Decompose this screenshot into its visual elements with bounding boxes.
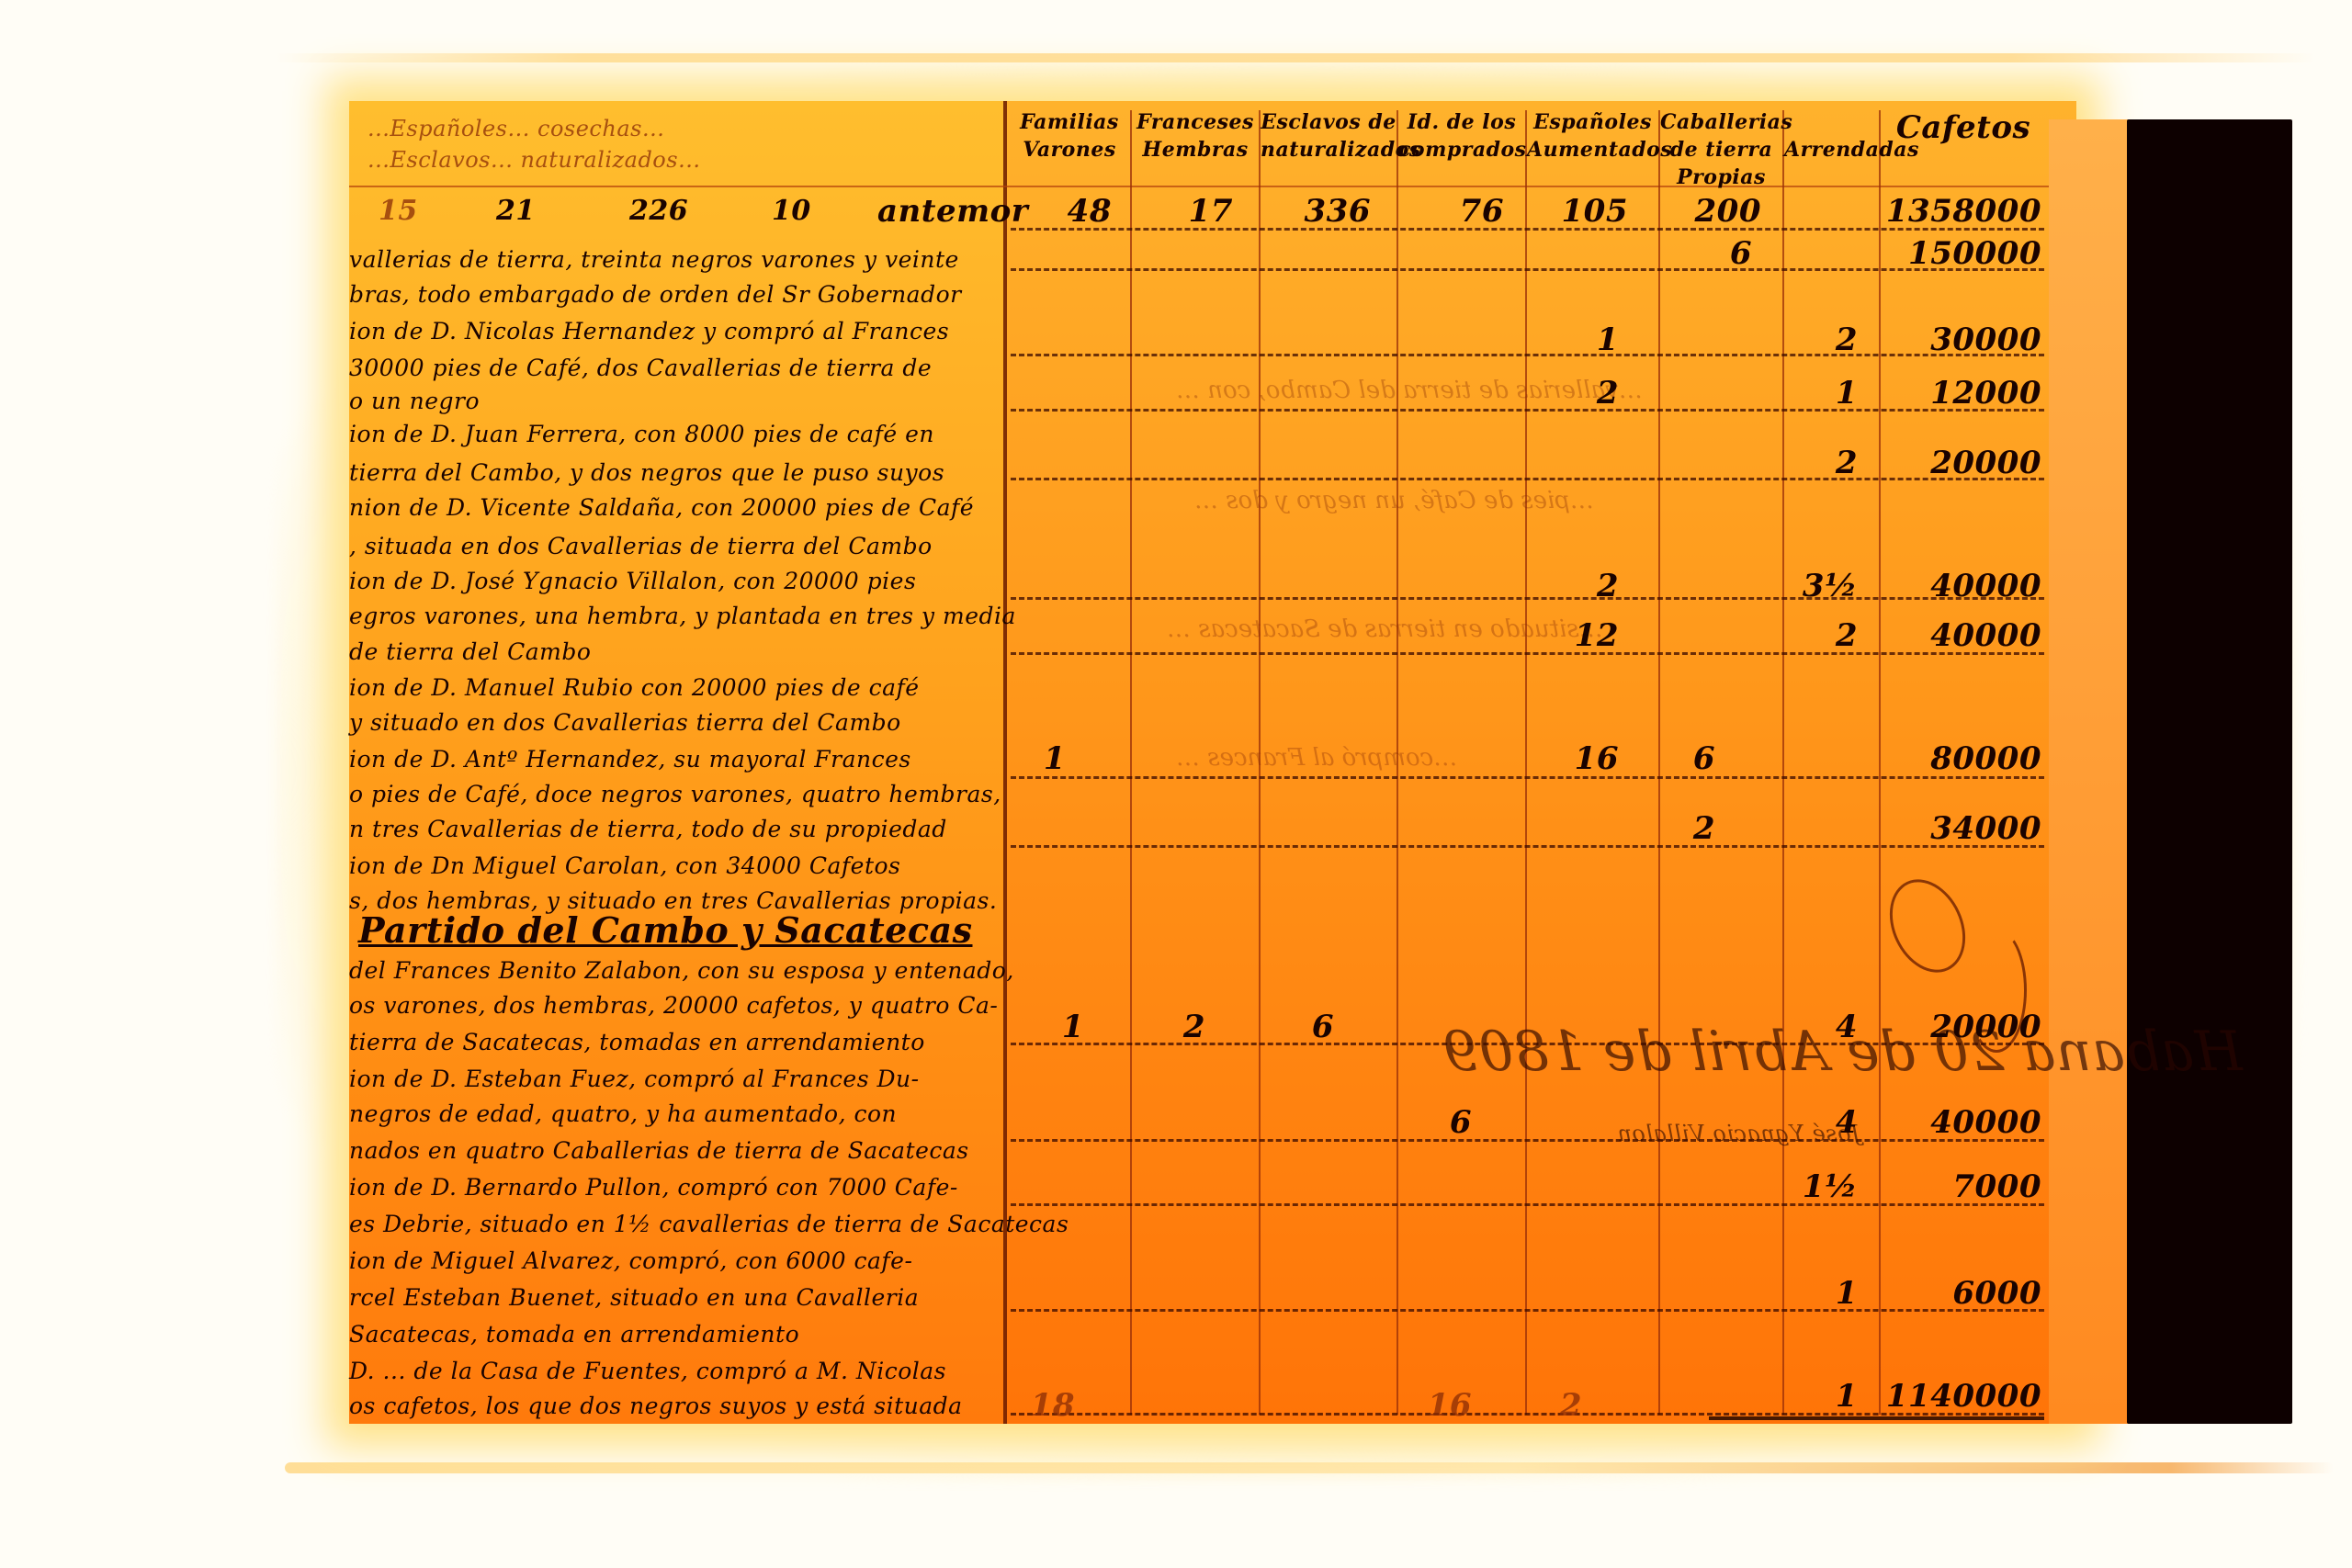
footer-faint-number: 2 (1527, 1387, 1582, 1424)
entry-line: nados en quatro Caballerias de tierra de… (349, 1137, 969, 1164)
cell-cafetos: 150000 (1881, 235, 2041, 272)
cell: 2 (1784, 617, 1858, 654)
cell: 16 (1527, 740, 1619, 777)
entry-line: ion de Miguel Alvarez, compró, con 6000 … (349, 1247, 912, 1274)
footer-faint-number: 16 (1398, 1387, 1472, 1424)
column-header: FamiliasVarones (1009, 108, 1130, 164)
footer-faint-number: 18 (1011, 1387, 1075, 1424)
entry-line: ion de D. Bernardo Pullon, compró con 70… (349, 1174, 958, 1201)
entry-line: o pies de Café, doce negros varones, qua… (349, 781, 1001, 807)
entry-line: os varones, dos hembras, 20000 cafetos, … (349, 992, 998, 1019)
bleed-through-text: …pies de Café, un negro y dos … (1194, 487, 1594, 514)
entry-line: bras, todo embargado de orden del Sr Gob… (349, 281, 962, 308)
cell: 3½ (1784, 568, 1858, 604)
cell: 6 (1398, 1104, 1472, 1141)
section-heading: Partido del Cambo y Sacatecas (358, 909, 972, 951)
left-header-faint-1: ...Españoles... cosechas... (367, 116, 664, 141)
entry-line: os cafetos, los que dos negros suyos y e… (349, 1393, 963, 1419)
header-rule (349, 186, 2049, 187)
entry-line: ion de D. Antº Hernandez, su mayoral Fra… (349, 746, 911, 773)
cell: 1 (1784, 375, 1858, 412)
cell-cafetos: 80000 (1881, 740, 2041, 777)
entry-line: ion de D. Esteban Fuez, compró al France… (349, 1066, 920, 1092)
column-header-cafetos: Cafetos (1881, 114, 2046, 141)
entry-line: n tres Cavallerias de tierra, todo de su… (349, 816, 947, 842)
cell-cafetos: 7000 (1881, 1168, 2041, 1205)
cell: 12 (1527, 617, 1619, 654)
column-divider (1130, 110, 1132, 1415)
cell-cafetos: 30000 (1881, 321, 2041, 358)
cell-cafetos: 40000 (1881, 568, 2041, 604)
cell: 2 (1660, 810, 1715, 847)
cell: 6 (1660, 740, 1715, 777)
entry-line: ion de D. José Ygnacio Villalon, con 200… (349, 568, 916, 594)
entry-line: nion de D. Vicente Saldaña, con 20000 pi… (349, 494, 974, 521)
top-number: 21 (496, 195, 536, 227)
cell: 2 (1527, 375, 1619, 412)
entry-line: del Frances Benito Zalabon, con su espos… (349, 957, 1014, 984)
column-header: Esclavos denaturalizados (1261, 108, 1396, 164)
cell: 1 (1011, 740, 1066, 777)
cell-cafetos-total: 1140000 (1881, 1378, 2041, 1415)
column-header: Caballerias de tierraPropias (1660, 108, 1782, 191)
entry-line: o un negro (349, 388, 480, 414)
cell: 17 (1132, 193, 1233, 230)
cell: 6 (1261, 1009, 1334, 1045)
entry-line: 30000 pies de Café, dos Cavallerias de t… (349, 355, 932, 381)
cell-cafetos: 12000 (1881, 375, 2041, 412)
cell: 2 (1132, 1009, 1205, 1045)
entry-line: egros varones, una hembra, y plantada en… (349, 603, 1016, 629)
entry-line: rcel Esteban Buenet, situado en una Cava… (349, 1284, 919, 1311)
cell: 76 (1398, 193, 1504, 230)
entry-line: Sacatecas, tomada en arrendamiento (349, 1321, 799, 1348)
bleed-through-text: …compró al Frances … (1176, 744, 1457, 772)
top-number: 226 (629, 195, 688, 227)
entry-line: , situada en dos Cavallerias de tierra d… (349, 533, 933, 559)
cell: 1 (1784, 1275, 1858, 1312)
cell: 105 (1527, 193, 1628, 230)
cell: 4 (1784, 1009, 1858, 1045)
top-number: 15 (379, 195, 418, 227)
column-header: Id. de loscomprados (1398, 108, 1525, 164)
antemor-label: antemor (877, 193, 1028, 230)
column-header: EspañolesAumentados (1527, 108, 1658, 164)
total-underline (1709, 1416, 2044, 1420)
entry-line: de tierra del Cambo (349, 638, 591, 665)
cell: 2 (1784, 445, 1858, 481)
cell-cafetos: 40000 (1881, 1104, 2041, 1141)
cell: 1 (1527, 321, 1619, 358)
cell-cafetos: 1358000 (1881, 193, 2041, 230)
right-page-edge (2049, 119, 2130, 1424)
cell: 6 (1660, 235, 1752, 272)
cell-cafetos: 40000 (1881, 617, 2041, 654)
entry-line: tierra de Sacatecas, tomadas en arrendam… (349, 1029, 925, 1055)
entry-line: tierra del Cambo, y dos negros que le pu… (349, 459, 944, 486)
ledger-sheet: ...Españoles... cosechas... ...Esclavos.… (349, 101, 2076, 1424)
entry-line: ion de D. Juan Ferrera, con 8000 pies de… (349, 421, 934, 447)
entry-line: ion de Dn Miguel Carolan, con 34000 Cafe… (349, 852, 900, 879)
cell: 2 (1784, 321, 1858, 358)
cell: 200 (1660, 193, 1761, 230)
cell: 4 (1784, 1104, 1858, 1141)
entry-line: ion de D. Nicolas Hernandez y compró al … (349, 318, 949, 344)
cell: 1 (1011, 1009, 1084, 1045)
column-header: FrancesesHembras (1132, 108, 1259, 164)
cell-cafetos: 20000 (1881, 445, 2041, 481)
entry-line: D. ... de la Casa de Fuentes, compró a M… (349, 1358, 946, 1384)
cell: 48 (1011, 193, 1112, 230)
black-mask-strip (2127, 119, 2292, 1424)
cell: 1 (1784, 1378, 1858, 1415)
cell-cafetos: 20000 (1881, 1009, 2041, 1045)
column-header: Arrendadas (1784, 108, 1879, 164)
cell: 1½ (1784, 1168, 1858, 1205)
entry-line: ion de D. Manuel Rubio con 20000 pies de… (349, 674, 920, 701)
top-number: 10 (772, 195, 811, 227)
cell: 336 (1261, 193, 1371, 230)
cell: 2 (1527, 568, 1619, 604)
cell-cafetos: 34000 (1881, 810, 2041, 847)
entry-line: negros de edad, quatro, y ha aumentado, … (349, 1100, 897, 1127)
column-divider (1782, 110, 1784, 1415)
entry-line: vallerias de tierra, treinta negros varo… (349, 246, 959, 273)
entry-line: es Debrie, situado en 1½ cavallerias de … (349, 1211, 1069, 1237)
top-edge-smear (276, 53, 2315, 62)
left-header-faint-2: ...Esclavos... naturalizados... (367, 147, 700, 173)
cell-cafetos: 6000 (1881, 1275, 2041, 1312)
entry-line: y situado en dos Cavallerias tierra del … (349, 709, 901, 736)
bottom-edge-smear (285, 1462, 2334, 1473)
